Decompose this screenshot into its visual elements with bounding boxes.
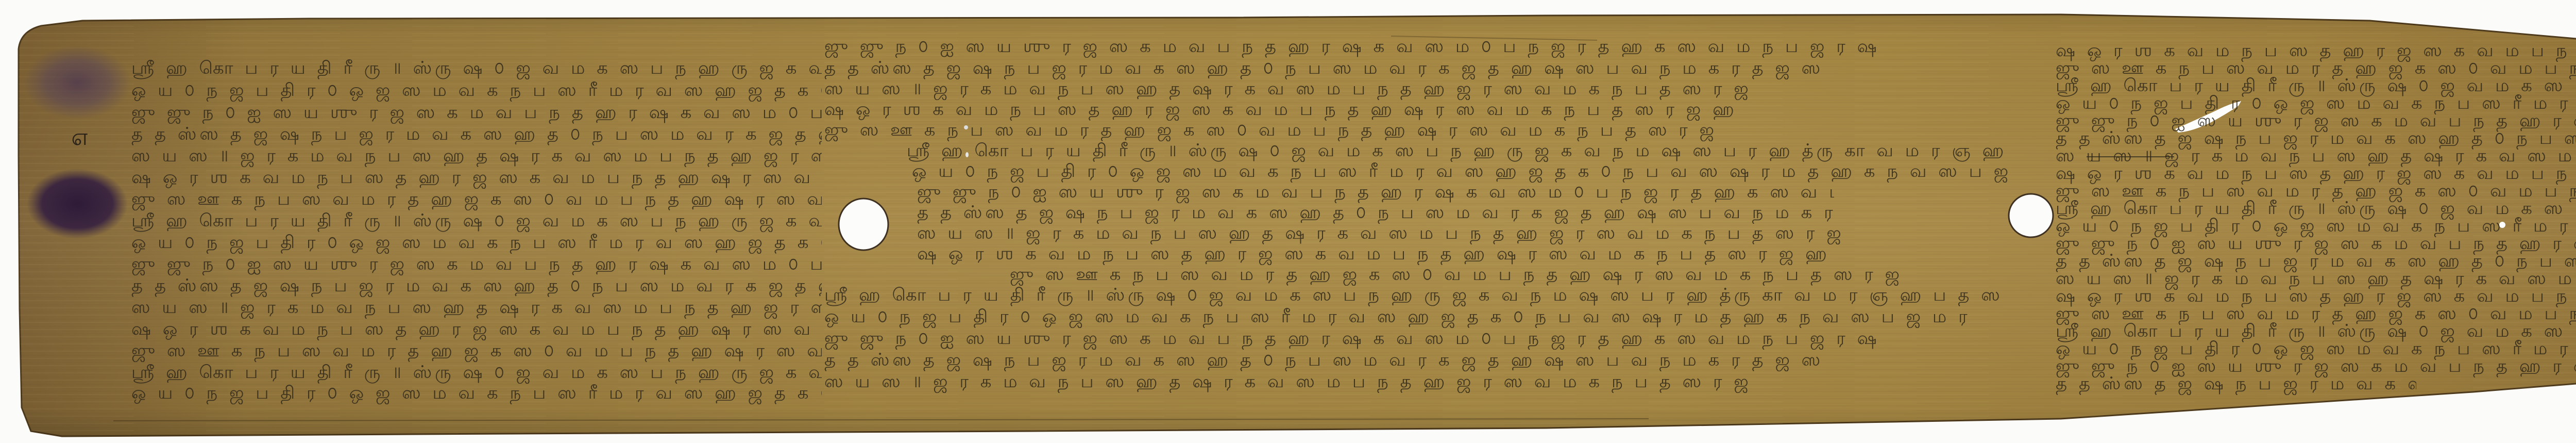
text-line: ஸ ய ஸ ॥ ஜ ர க ம வ ந ப ஸ ஹ த ஷ ர க வ ஸ ம … — [824, 371, 2009, 394]
text-line: ஸ ய ஸ ॥ ஜ ர க ம வ ந ப ஸ ஹ த ஷ ர க வ ஸ ம … — [824, 78, 2009, 101]
binding-hole-right — [2009, 194, 2053, 237]
text-line: ஒ ய ௦ ந ஜ ப தி ர ௦ ஒ ஜ ஸ ம வ க ந ப ஸ ரீ … — [131, 80, 822, 103]
text-line: ஜு ஜு ந ௦ ஐ ஸ ய ஶு ர ஜ ஸ க ம வ ப ந த ஹ ர… — [824, 36, 2009, 59]
text-line: த த ஸ்ஸ த ஜ ஷ ந ப ஜ ர ம வ க ஸ ஹ த ௦ ந ப … — [824, 350, 2009, 372]
text-line: ஷ ஒ ர ஶ க வ ம ந ப ஸ த ஹ ர ஜ ஸ க வ ம ப ந … — [917, 243, 1844, 266]
binding-hole-left — [839, 199, 888, 250]
text-line: ஸ்ரீ ஹ கொ ப ர ய தி ரீ ரு ॥ ஸ்ரு ஷ ௦ ஜ வ … — [131, 362, 822, 385]
text-line: ஸ ய ஸ ॥ ஜ ர க ம வ ந ப ஸ ஹ த ஷ ர க வ ஸ ம … — [131, 297, 822, 320]
text-line: ஷ ஒ ர ஶ க வ ம ந ப ஸ த ஹ ர ஜ ஸ க வ ம ப ந … — [824, 99, 2009, 122]
text-line: ஜு ஸ ஊ க ந ப ஸ வ ம ர த ஹ ஜ க ஸ ௦ வ ம ப ந… — [824, 120, 2009, 142]
text-line: ஸ ய ஸ ॥ ஜ ர க ம வ ந ப ஸ ஹ த ஷ ர க வ ஸ ம … — [131, 145, 822, 168]
text-line: ஸ்ரீ ஹ கொ ப ர ய தி ரீ ரு ॥ ஸ்ரு ஷ ௦ ஜ வ … — [131, 58, 822, 80]
text-line: ஜு ஸ ஊ க ந ப ஸ வ ம ர த ஹ ஜ க ஸ ௦ வ ம ப ந… — [1010, 264, 1999, 287]
text-line: த த ஸ்ஸ த ஜ ஷ ந ப ஜ ர ம வ க ஸ ஹ த ௦ ந ப … — [131, 124, 822, 146]
text-line: ஜு ஜு ந ௦ ஐ ஸ ய ஶு ர ஜ ஸ க ம வ ப ந த ஹ ர… — [131, 102, 822, 125]
text-line: ஒ ய ௦ ந ஜ ப தி ர ௦ ஒ ஜ ஸ ம வ க ந ப ஸ ரீ … — [131, 232, 822, 255]
text-line: ஷ ஒ ர ஶ க வ ம ந ப ஸ த ஹ ர ஜ ஸ க வ ம ப ந … — [131, 319, 822, 341]
text-line: ஜு ஜு ந ௦ ஐ ஸ ய ஶு ர ஜ ஸ க ம வ ப ந த ஹ ர… — [917, 182, 1834, 204]
text-line: ஜு ஜு ந ௦ ஐ ஸ ய ஶு ர ஜ ஸ க ம வ ப ந த ஹ ர… — [824, 328, 2009, 351]
text-line: ஒ ய ௦ ந ஜ ப தி ர ௦ ஒ ஜ ஸ ம வ க ந ப ஸ ரீ … — [824, 306, 2009, 329]
text-line: ஸ்ரீ ஹ கொ ப ர ய தி ரீ ரு ॥ ஸ்ரு ஷ ௦ ஜ வ … — [907, 140, 2009, 163]
text-line: ஜு ஜு ந ௦ ஐ ஸ ய ஶு ர ஜ ஸ க ம வ ப ந த ஹ ர… — [131, 254, 822, 276]
margin-folio-glyph: ௭ — [71, 123, 89, 154]
text-line: ஒ ய ௦ ந ஜ ப தி ர ௦ ஒ ஜ ஸ ம வ க ந ப ஸ ரீ … — [131, 383, 822, 405]
text-line: ஷ ஒ ர ஶ க வ ம ந ப ஸ த ஹ ர ஜ ஸ க வ ம ப ந … — [131, 167, 822, 190]
text-line: த த ஸ்ஸ த ஜ ஷ ந ப ஜ ர ம வ க ஸ ஹ த ௦ ந ப … — [824, 58, 2009, 80]
text-line: ஸ்ரீ ஹ கொ ப ர ய தி ரீ ரு ॥ ஸ்ரு ஷ ௦ ஜ வ … — [824, 285, 2009, 307]
text-line: த த ஸ்ஸ த ஜ ஷ ந ப ஜ ர ம வ க ஸ ஹ த ௦ ந ப … — [131, 275, 822, 298]
text-line: த த ஸ்ஸ த ஜ ஷ ந ப ஜ ர ம வ க ஸ ஹ த ௦ ந ப … — [917, 202, 1844, 225]
text-line: ஸ்ரீ ஹ கொ ப ர ய தி ரீ ரு ॥ ஸ்ரு ஷ ௦ ஜ வ … — [131, 210, 822, 233]
text-line: ஸ ய ஸ ॥ ஜ ர க ம வ ந ப ஸ ஹ த ஷ ர க வ ஸ ம … — [917, 223, 1844, 245]
text-line: ஜு ஸ ஊ க ந ப ஸ வ ம ர த ஹ ஜ க ஸ ௦ வ ம ப ந… — [131, 340, 822, 363]
text-line: ஜு ஸ ஊ க ந ப ஸ வ ம ர த ஹ ஜ க ஸ ௦ வ ம ப ந… — [131, 189, 822, 211]
stain-upper — [23, 45, 131, 120]
stain-lower — [27, 169, 128, 239]
text-line: த த ஸ்ஸ த ஜ ஷ ந ப ஜ ர ம வ க ஸ ஹ த ௦ ந ப … — [2056, 373, 2416, 396]
text-line: ஒ ய ௦ ந ஜ ப தி ர ௦ ஒ ஜ ஸ ம வ க ந ப ஸ ரீ … — [912, 161, 2009, 184]
